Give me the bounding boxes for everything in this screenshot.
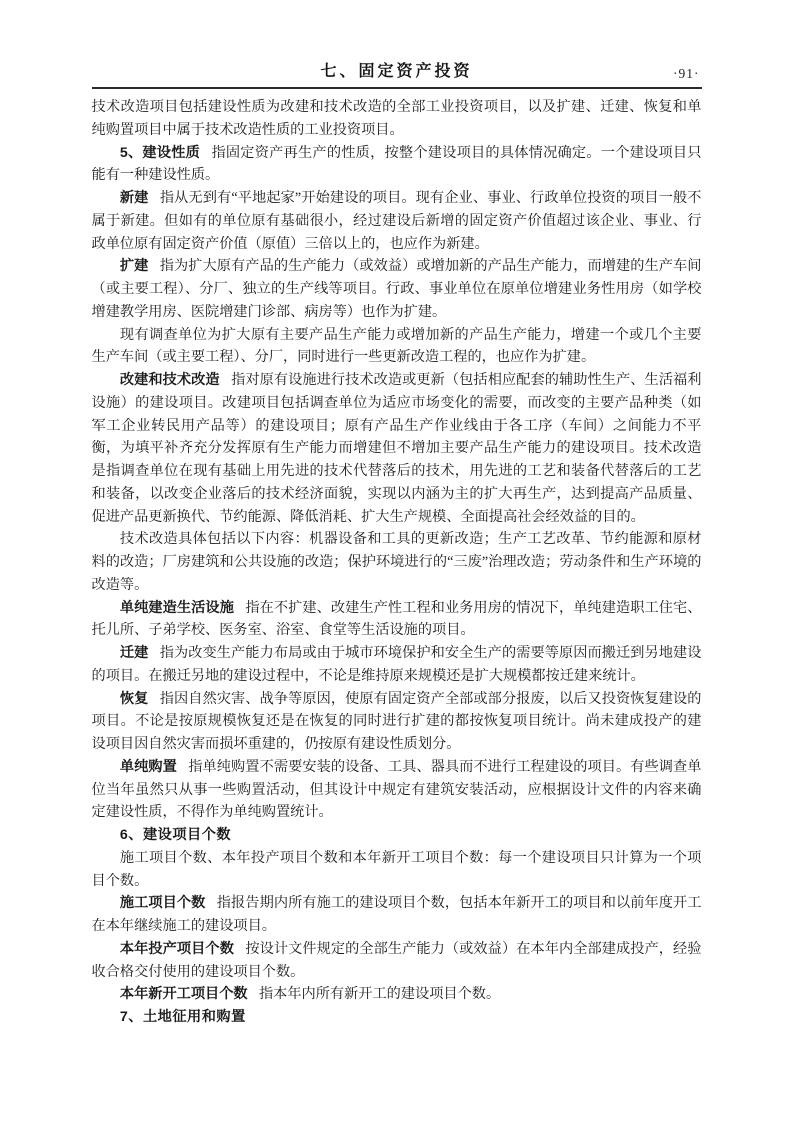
paragraph: 恢复指因自然灾害、战争等原因，使原有固定资产全部或部分报废，以后又投资恢复建设的…: [92, 688, 702, 756]
paragraph-text: 现有调查单位为扩大原有主要产品生产能力或增加新的产品生产能力，增建一个或几个主要…: [92, 327, 702, 366]
paragraph: 技术改造项目包括建设性质为改建和技术改造的全部工业投资项目，以及扩建、迁建、恢复…: [92, 96, 702, 142]
paragraph: 本年投产项目个数按设计文件规定的全部生产能力（或效益）在本年内全部建成投产，经验…: [92, 938, 702, 984]
paragraph-text: 指从无到有“平地起家”开始建设的项目。现有企业、事业、行政单位投资的项目一般不属…: [92, 190, 702, 252]
paragraph: 施工项目个数指报告期内所有施工的建设项目个数，包括本年新开工的项目和以前年度开工…: [92, 892, 702, 938]
term-lead: 本年投产项目个数: [120, 941, 234, 957]
paragraph: 现有调查单位为扩大原有主要产品生产能力或增加新的产品生产能力，增建一个或几个主要…: [92, 324, 702, 370]
paragraph-text: 技术改造项目包括建设性质为改建和技术改造的全部工业投资项目，以及扩建、迁建、恢复…: [92, 99, 702, 138]
paragraph-text: 指单纯购置不需要安装的设备、工具、器具而不进行工程建设的项目。有些调查单位当年虽…: [92, 759, 702, 821]
paragraph: 改建和技术改造指对原有设施进行技术改造或更新（包括相应配套的辅助性生产、生活福利…: [92, 369, 702, 528]
term-lead: 恢复: [120, 691, 149, 707]
paragraph-text: 指对原有设施进行技术改造或更新（包括相应配套的辅助性生产、生活福利设施）的建设项…: [92, 372, 702, 525]
paragraph: 扩建指为扩大原有产品的生产能力（或效益）或增加新的产品生产能力，而增建的生产车间…: [92, 255, 702, 323]
section-heading: 7、土地征用和购置: [92, 1006, 702, 1029]
paragraph-text: 指为改变生产能力布局或由于城市环境保护和安全生产的需要等原因而搬迁到另地建设的项…: [92, 645, 702, 684]
paragraph: 单纯购置指单纯购置不需要安装的设备、工具、器具而不进行工程建设的项目。有些调查单…: [92, 756, 702, 824]
document-body: 技术改造项目包括建设性质为改建和技术改造的全部工业投资项目，以及扩建、迁建、恢复…: [92, 96, 702, 1029]
term-lead: 5、建设性质: [120, 145, 200, 161]
term-lead: 7、土地征用和购置: [120, 1009, 246, 1025]
term-lead: 改建和技术改造: [120, 372, 220, 388]
term-lead: 施工项目个数: [120, 895, 206, 911]
term-lead: 新建: [120, 190, 149, 206]
paragraph-text: 指为扩大原有产品的生产能力（或效益）或增加新的产品生产能力，而增建的生产车间（或…: [92, 258, 702, 320]
page-title: 七、固定资产投资: [320, 62, 472, 82]
paragraph: 本年新开工项目个数指本年内所有新开工的建设项目个数。: [92, 983, 702, 1006]
paragraph: 新建指从无到有“平地起家”开始建设的项目。现有企业、事业、行政单位投资的项目一般…: [92, 187, 702, 255]
paragraph: 5、建设性质指固定资产再生产的性质，按整个建设项目的具体情况确定。一个建设项目只…: [92, 142, 702, 188]
term-lead: 单纯购置: [120, 759, 177, 775]
term-lead: 本年新开工项目个数: [120, 986, 248, 1002]
page-number: ·91·: [673, 66, 700, 82]
term-lead: 单纯建造生活设施: [120, 600, 234, 616]
term-lead: 6、建设项目个数: [120, 827, 231, 843]
paragraph-text: 施工项目个数、本年投产项目个数和本年新开工项目个数：每一个建设项目只计算为一个项…: [92, 850, 702, 889]
paragraph-text: 技术改造具体包括以下内容：机器设备和工具的更新改造；生产工艺改革、节约能源和原材…: [92, 531, 702, 593]
paragraph: 迁建指为改变生产能力布局或由于城市环境保护和安全生产的需要等原因而搬迁到另地建设…: [92, 642, 702, 688]
paragraph: 施工项目个数、本年投产项目个数和本年新开工项目个数：每一个建设项目只计算为一个项…: [92, 847, 702, 893]
paragraph: 技术改造具体包括以下内容：机器设备和工具的更新改造；生产工艺改革、节约能源和原材…: [92, 528, 702, 596]
paragraph-text: 指本年内所有新开工的建设项目个数。: [259, 986, 500, 1002]
document-page: 七、固定资产投资 ·91· 技术改造项目包括建设性质为改建和技术改造的全部工业投…: [0, 0, 793, 1122]
term-lead: 迁建: [120, 645, 149, 661]
page-header: 七、固定资产投资 ·91·: [92, 62, 702, 89]
paragraph-text: 指因自然灾害、战争等原因，使原有固定资产全部或部分报废，以后又投资恢复建设的项目…: [92, 691, 702, 753]
term-lead: 扩建: [120, 258, 149, 274]
paragraph: 单纯建造生活设施指在不扩建、改建生产性工程和业务用房的情况下，单纯建造职工住宅、…: [92, 597, 702, 643]
section-heading: 6、建设项目个数: [92, 824, 702, 847]
